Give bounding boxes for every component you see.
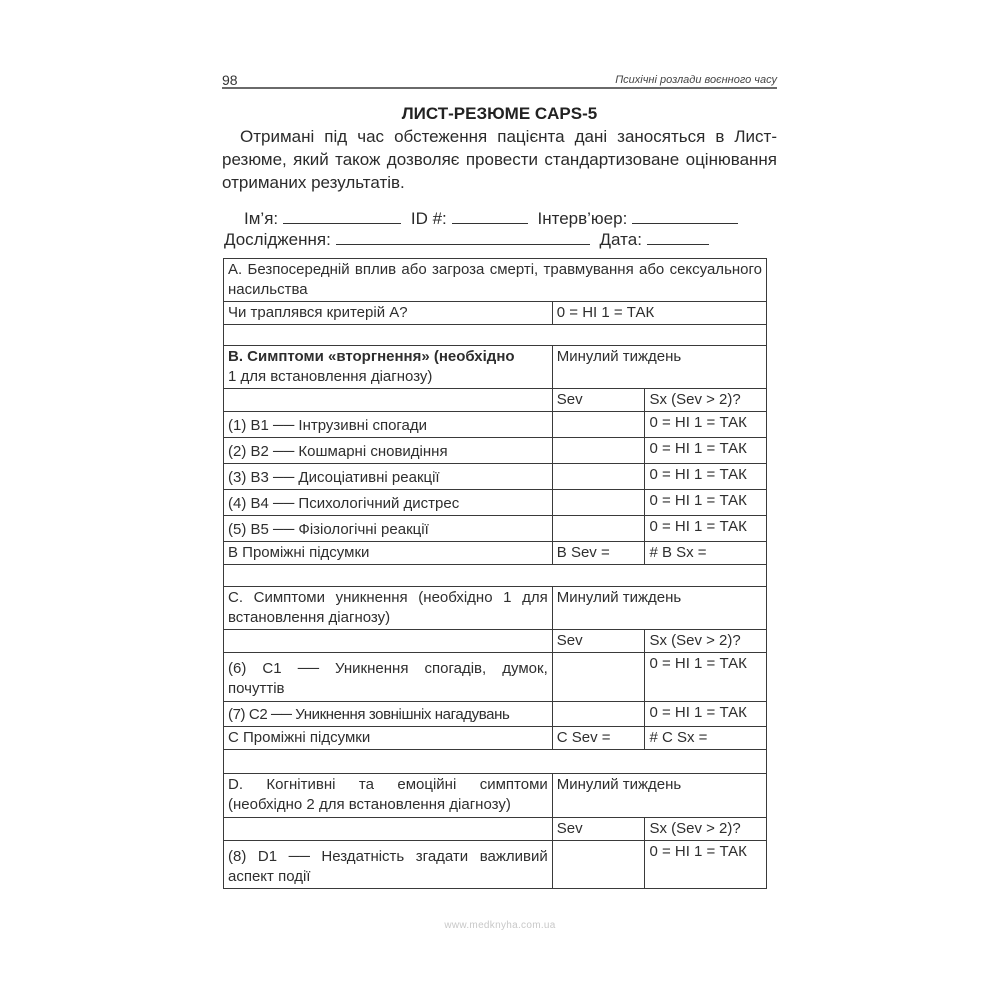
section-c-subtotal-label: С Проміжні підсумки (224, 727, 553, 750)
item-c1-sev[interactable] (552, 653, 645, 702)
section-b-period: Минулий тиждень (552, 346, 766, 389)
item-d1-sx[interactable]: 0 = НІ 1 = ТАК (645, 841, 767, 889)
item-b1-sev[interactable] (552, 412, 645, 438)
col-sev-header: Sev (552, 818, 645, 841)
section-c-subtotal-sx[interactable]: # С Sx = (645, 727, 767, 750)
table-row: (5) В5 ── Фізіологічні реакції 0 = НІ 1 … (224, 516, 767, 542)
item-b2-label: (2) В2 ── Кошмарні сновидіння (224, 438, 553, 464)
section-b-heading-bold: В. Симптоми «вторгнення» (необхідно (228, 348, 515, 365)
section-d-columns-row: Sev Sx (Sev > 2)? (224, 818, 767, 841)
section-c-subtotal-sev[interactable]: С Sev = (552, 727, 645, 750)
section-c-period: Минулий тиждень (552, 587, 766, 630)
item-d1-label: (8) D1 ── Нездатність згадати важливий а… (224, 841, 553, 889)
id-label: ID #: (411, 209, 447, 228)
table-row: (1) В1 ── Інтрузивні спогади 0 = НІ 1 = … (224, 412, 767, 438)
col-sx-header: Sx (Sev > 2)? (645, 389, 767, 412)
header-rule (222, 87, 777, 89)
table-row: (4) В4 ── Психологічний дистрес 0 = НІ 1… (224, 490, 767, 516)
form-fields-row-1: Ім’я: ID #: Інтерв’юер: (244, 209, 743, 229)
table-row: (7) С2 ── Уникнення зовнішніх нагадувань… (224, 702, 767, 727)
section-b-subtotal-row: В Проміжні підсумки В Sev = # В Sx = (224, 542, 767, 565)
table-row: (2) В2 ── Кошмарні сновидіння 0 = НІ 1 =… (224, 438, 767, 464)
item-c1-label: (6) С1 ── Уникнення спогадів, думок, поч… (224, 653, 553, 702)
page-number: 98 (222, 72, 238, 88)
form-fields-row-2: Дослідження: Дата: (224, 230, 714, 250)
col-sev-header: Sev (552, 630, 645, 653)
criterion-a-answer[interactable]: 0 = НІ 1 = ТАК (552, 302, 766, 325)
interviewer-field[interactable] (632, 209, 738, 224)
section-d-heading-row: D. Когнітивні та емоційні симптоми (необ… (224, 774, 767, 818)
item-b5-sev[interactable] (552, 516, 645, 542)
interviewer-label: Інтерв’юер: (538, 209, 628, 228)
col-sx-header: Sx (Sev > 2)? (645, 818, 767, 841)
item-b3-sx[interactable]: 0 = НІ 1 = ТАК (645, 464, 767, 490)
spacer-row (224, 750, 767, 774)
item-b4-sev[interactable] (552, 490, 645, 516)
caps5-summary-table: А. Безпосередній вплив або загроза смерт… (223, 258, 767, 889)
section-b-heading-row: В. Симптоми «вторгнення» (необхідно1 для… (224, 346, 767, 389)
item-b5-label: (5) В5 ── Фізіологічні реакції (224, 516, 553, 542)
col-sx-header: Sx (Sev > 2)? (645, 630, 767, 653)
item-c2-label: (7) С2 ── Уникнення зовнішніх нагадувань (224, 702, 553, 727)
item-b4-sx[interactable]: 0 = НІ 1 = ТАК (645, 490, 767, 516)
study-label: Дослідження: (224, 230, 331, 249)
item-b2-sx[interactable]: 0 = НІ 1 = ТАК (645, 438, 767, 464)
item-c2-sev[interactable] (552, 702, 645, 727)
section-b-heading-rest: 1 для встановлення діагнозу) (228, 368, 432, 385)
page-title: ЛИСТ-РЕЗЮМЕ CAPS-5 (222, 104, 777, 124)
section-b-heading: В. Симптоми «вторгнення» (необхідно1 для… (224, 346, 553, 389)
table-row: (6) С1 ── Уникнення спогадів, думок, поч… (224, 653, 767, 702)
item-b2-sev[interactable] (552, 438, 645, 464)
running-head: Психічні розлади воєнного часу (615, 74, 777, 86)
watermark: www.medknyha.com.ua (0, 920, 1000, 931)
item-b4-label: (4) В4 ── Психологічний дистрес (224, 490, 553, 516)
section-b-columns-row: Sev Sx (Sev > 2)? (224, 389, 767, 412)
section-d-period: Минулий тиждень (552, 774, 766, 818)
item-d1-sev[interactable] (552, 841, 645, 889)
section-b-subtotal-sx[interactable]: # В Sx = (645, 542, 767, 565)
intro-paragraph: Отримані під час обстеження пацієнта дан… (222, 125, 777, 194)
study-field[interactable] (336, 230, 590, 245)
item-b5-sx[interactable]: 0 = НІ 1 = ТАК (645, 516, 767, 542)
item-b1-label: (1) В1 ── Інтрузивні спогади (224, 412, 553, 438)
item-b3-sev[interactable] (552, 464, 645, 490)
criterion-a-question: Чи траплявся критерій А? (224, 302, 553, 325)
name-field[interactable] (283, 209, 401, 224)
section-a-heading-row: А. Безпосередній вплив або загроза смерт… (224, 259, 767, 302)
section-c-columns-row: Sev Sx (Sev > 2)? (224, 630, 767, 653)
spacer-row (224, 325, 767, 346)
section-c-subtotal-row: С Проміжні підсумки С Sev = # С Sx = (224, 727, 767, 750)
section-b-subtotal-label: В Проміжні підсумки (224, 542, 553, 565)
date-field[interactable] (647, 230, 709, 245)
section-d-heading: D. Когнітивні та емоційні симптоми (необ… (224, 774, 553, 818)
item-b1-sx[interactable]: 0 = НІ 1 = ТАК (645, 412, 767, 438)
item-b3-label: (3) В3 ── Дисоціативні реакції (224, 464, 553, 490)
section-c-heading-row: С. Симптоми уникнення (необхідно 1 для в… (224, 587, 767, 630)
criterion-a-row: Чи траплявся критерій А? 0 = НІ 1 = ТАК (224, 302, 767, 325)
item-c2-sx[interactable]: 0 = НІ 1 = ТАК (645, 702, 767, 727)
id-field[interactable] (452, 209, 528, 224)
col-sev-header: Sev (552, 389, 645, 412)
spacer-row (224, 565, 767, 587)
section-c-heading: С. Симптоми уникнення (необхідно 1 для в… (224, 587, 553, 630)
table-row: (8) D1 ── Нездатність згадати важливий а… (224, 841, 767, 889)
item-c1-sx[interactable]: 0 = НІ 1 = ТАК (645, 653, 767, 702)
intro-text: Отримані під час обстеження пацієнта дан… (222, 125, 777, 194)
date-label: Дата: (600, 230, 642, 249)
table-row: (3) В3 ── Дисоціативні реакції 0 = НІ 1 … (224, 464, 767, 490)
section-b-subtotal-sev[interactable]: В Sev = (552, 542, 645, 565)
section-a-heading: А. Безпосередній вплив або загроза смерт… (224, 259, 767, 302)
name-label: Ім’я: (244, 209, 278, 228)
